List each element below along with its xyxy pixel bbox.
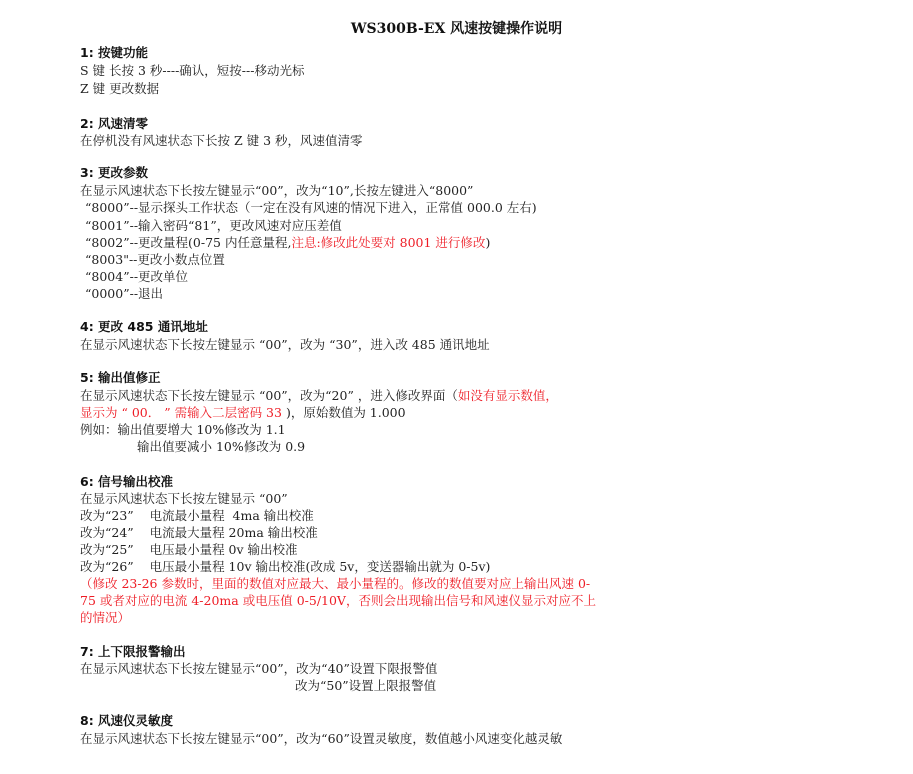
section-7-line: 在显示风速状态下长按左键显示“00”，改为“40”设置下限报警值 — [80, 660, 437, 677]
section-5-line: 显示为 “ 00． ” 需输入二层密码 33 )，原始数值为 1.000 — [80, 404, 406, 421]
section-2-line: 在停机没有风速状态下长按 Z 键 3 秒，风速值清零 — [80, 132, 363, 149]
section-3-text: “8002”--更改量程(0-75 内任意量程, — [85, 235, 291, 250]
section-3-line: “8001”--输入密码“81”，更改风速对应压差值 — [85, 217, 342, 234]
section-5-line: 在显示风速状态下长按左键显示 “00”，改为“20” ，进入修改界面（如没有显示… — [80, 387, 558, 404]
section-5-line: 例如：输出值要增大 10%修改为 1.1 — [80, 421, 286, 438]
section-3-line: “0000”--退出 — [85, 285, 163, 302]
section-5-warning: 显示为 “ 00． ” 需输入二层密码 33 — [80, 405, 286, 420]
section-6-line: 改为“25” 电压最小量程 0v 输出校准 — [80, 541, 298, 558]
section-5-heading: 5: 输出值修正 — [80, 369, 161, 386]
section-2-heading: 2: 风速清零 — [80, 115, 148, 132]
section-7-line: 改为“50”设置上限报警值 — [295, 677, 436, 694]
section-6-warning: （修改 23-26 参数时，里面的数值对应最大、最小量程的。修改的数值要对应上输… — [80, 575, 590, 592]
section-5-warning: 如没有显示数值， — [458, 388, 558, 403]
section-1-line: Z 键 更改数据 — [80, 80, 159, 97]
section-5-text: 在显示风速状态下长按左键显示 “00”，改为“20” ，进入修改界面（ — [80, 388, 458, 403]
section-6-warning: 的情况） — [80, 609, 130, 626]
section-4-heading: 4: 更改 485 通讯地址 — [80, 318, 208, 335]
section-4-line: 在显示风速状态下长按左键显示 “00”，改为 “30”，进入改 485 通讯地址 — [80, 336, 490, 353]
section-6-heading: 6: 信号输出校准 — [80, 473, 173, 490]
section-3-line: “8003"--更改小数点位置 — [85, 251, 225, 268]
section-1-heading: 1: 按键功能 — [80, 44, 148, 61]
document-title: WS300B-EX 风速按键操作说明 — [0, 18, 913, 38]
document-page: WS300B-EX 风速按键操作说明 1: 按键功能 S 键 长按 3 秒---… — [0, 0, 913, 774]
section-5-line: 输出值要减小 10%修改为 0.9 — [137, 438, 305, 455]
section-8-line: 在显示风速状态下长按左键显示“00”，改为“60”设置灵敏度，数值越小风速变化越… — [80, 730, 562, 747]
section-3-text: ) — [485, 235, 490, 250]
section-3-warning: 注息:修改此处要对 8001 进行修改 — [291, 235, 485, 250]
section-7-heading: 7: 上下限报警输出 — [80, 643, 186, 660]
section-6-line: 改为“26” 电压最小量程 10v 输出校准(改成 5v，变送器输出就为 0-5… — [80, 558, 490, 575]
section-6-warning: 75 或者对应的电流 4-20ma 或电压值 0-5/10V，否则会出现输出信号… — [80, 592, 596, 609]
section-6-line: 改为“24” 电流最大量程 20ma 输出校准 — [80, 524, 318, 541]
section-3-line: “8002”--更改量程(0-75 内任意量程,注息:修改此处要对 8001 进… — [85, 234, 490, 251]
section-5-text: )，原始数值为 1.000 — [286, 405, 406, 420]
section-6-line: 改为“23” 电流最小量程 4ma 输出校准 — [80, 507, 314, 524]
section-3-line: 在显示风速状态下长按左键显示“00”，改为“10”,长按左键进入“8000” — [80, 182, 473, 199]
section-3-line: “8000”--显示探头工作状态（一定在没有风速的情况下进入，正常值 000.0… — [85, 199, 537, 216]
section-3-heading: 3: 更改参数 — [80, 164, 148, 181]
section-6-line: 在显示风速状态下长按左键显示 “00” — [80, 490, 288, 507]
section-8-heading: 8: 风速仪灵敏度 — [80, 712, 173, 729]
section-3-line: “8004”--更改单位 — [85, 268, 188, 285]
section-1-line: S 键 长按 3 秒----确认，短按---移动光标 — [80, 62, 304, 79]
